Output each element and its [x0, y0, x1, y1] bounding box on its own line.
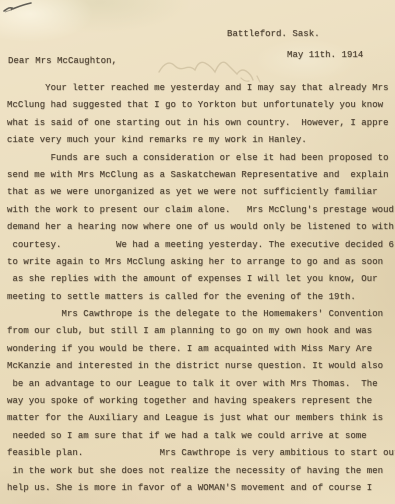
- letter-line: to write again to Mrs McClung asking her…: [7, 254, 395, 271]
- letter-line: demand her a hearing now where one of us…: [7, 219, 395, 236]
- letter-line: needed so I am sure that if we had a tal…: [7, 428, 395, 445]
- letter-line: as she replies with the amount of expens…: [7, 271, 395, 288]
- letter-line: with the work to present our claim alone…: [7, 202, 395, 219]
- letter-line: be an advantage to our League to talk it…: [7, 376, 395, 393]
- letter-line: Your letter reached me yesterday and I m…: [7, 80, 395, 97]
- letter-line: wondering if you would be there. I am ac…: [7, 341, 395, 358]
- letter-page: Battleford. Sask. May 11th. 1914 Dear Mr…: [0, 0, 395, 504]
- letter-line: McKanzie and interested in the district …: [7, 358, 395, 375]
- letter-line: Mrs Cawthrope is the delegate to the Hom…: [7, 306, 395, 323]
- letter-line: what is said of one starting out in his …: [7, 115, 395, 132]
- letter-line: meeting to settle matters is called for …: [7, 289, 395, 306]
- letter-line: Funds are such a consideration or else i…: [7, 150, 395, 167]
- letter-line: McClung had suggested that I go to Yorkt…: [7, 97, 395, 114]
- letter-line: that as we were unorganized as yet we we…: [7, 184, 395, 201]
- letter-body: Your letter reached me yesterday and I m…: [7, 80, 395, 497]
- letter-line: help us. She is more in favor of a WOMAN…: [7, 480, 395, 497]
- letter-place-line: Battleford. Sask.: [227, 29, 320, 39]
- letter-line: from our club, but still I am planning t…: [7, 323, 395, 340]
- letter-line: send me with Mrs McClung as a Saskatchew…: [7, 167, 395, 184]
- letter-line: matter for the Auxiliary and League is j…: [7, 410, 395, 427]
- letter-line: in the work but she does not realize the…: [7, 463, 395, 480]
- letter-date-line: May 11th. 1914: [287, 50, 363, 60]
- letter-salutation: Dear Mrs McCaughton,: [8, 56, 117, 66]
- pencil-scratch-mark: [0, 0, 50, 20]
- letter-line: courtesy. We had a meeting yesterday. Th…: [7, 237, 395, 254]
- letter-line: way you spoke of working together and ha…: [7, 393, 395, 410]
- letter-line: ciate very much your kind remarks re my …: [7, 132, 395, 149]
- letter-line: feasible plan. Mrs Cawthrope is very amb…: [7, 445, 395, 462]
